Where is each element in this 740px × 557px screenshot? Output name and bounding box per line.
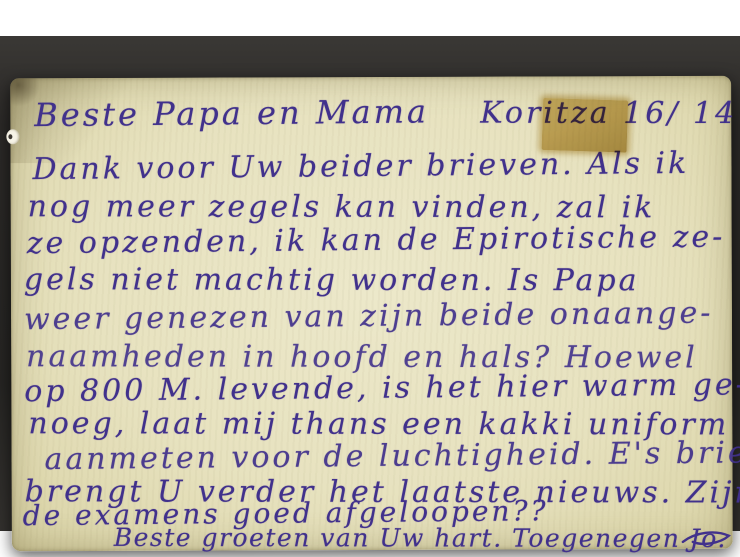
signature-flourish-icon: [680, 528, 734, 548]
handwritten-line: Dank voor Uw beider brieven. Als ik: [32, 149, 689, 185]
photo-page: Beste Papa en Mama Koritza 16/ 14 Dank v…: [0, 0, 740, 557]
handwritten-line: ze opzenden, ik kan de Epirotische ze-: [27, 222, 726, 259]
handwritten-line: nog meer zegels kan vinden, zal ik: [28, 192, 656, 223]
handwritten-line: op 800 M. levende, is het hier warm ge-: [24, 370, 740, 407]
dateline: Koritza 16/ 14: [480, 99, 737, 129]
postcard: Beste Papa en Mama Koritza 16/ 14 Dank v…: [10, 76, 733, 552]
closing-line: Beste groeten van Uw hart. Toegenegen Jo…: [114, 525, 727, 551]
handwritten-line: weer genezen van zijn beide onaange-: [24, 299, 714, 336]
salutation-line: Beste Papa en Mama: [34, 95, 429, 131]
handwritten-line: aanmeten voor de luchtigheid. E's brief: [44, 438, 740, 475]
photo-backdrop: Beste Papa en Mama Koritza 16/ 14 Dank v…: [0, 36, 740, 531]
handwriting: Beste Papa en Mama Koritza 16/ 14 Dank v…: [10, 76, 733, 552]
handwritten-line: gels niet machtig worden. Is Papa: [24, 265, 640, 296]
